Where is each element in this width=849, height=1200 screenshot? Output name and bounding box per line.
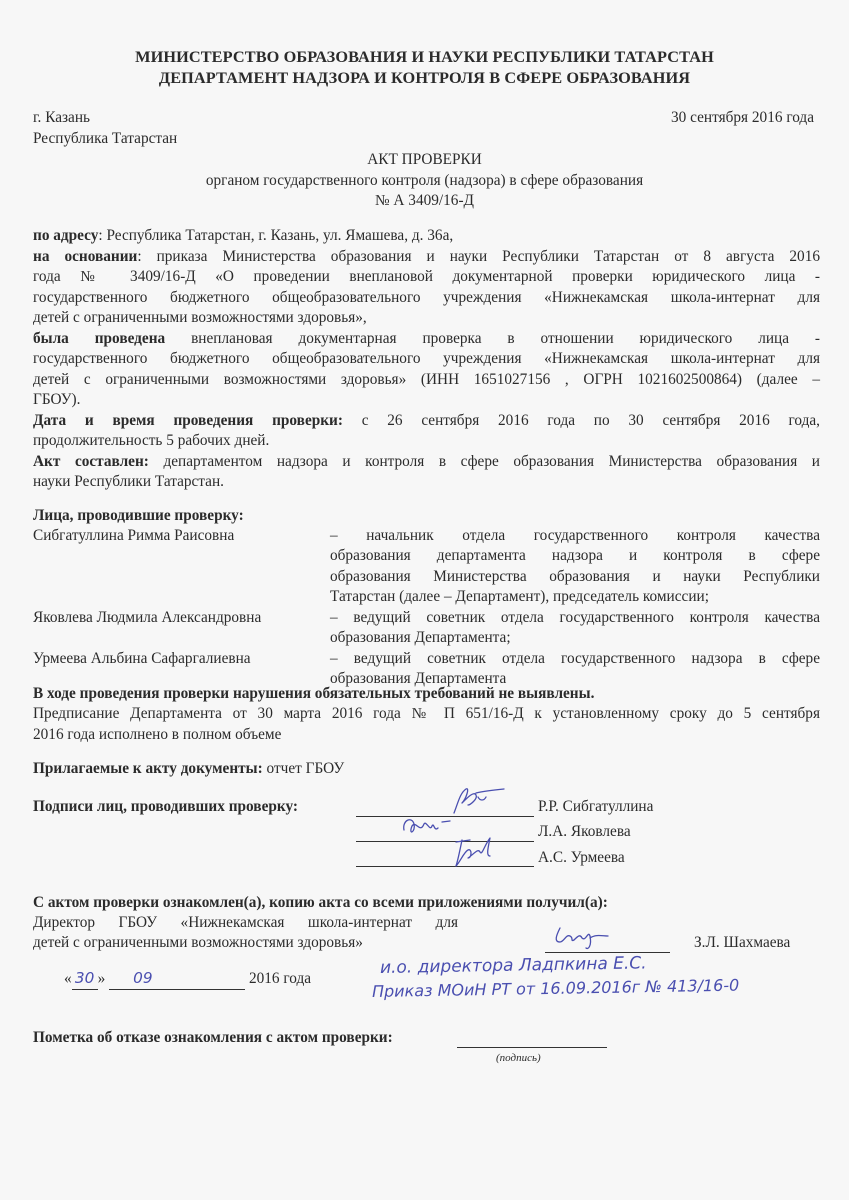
datetime-label: Дата и время проведения проверки:: [33, 412, 343, 429]
conducted-line-3: детей с ограниченными возможностями здор…: [33, 370, 820, 391]
inspector-name: Сибгатуллина Римма Раисовна: [33, 526, 234, 547]
document-date: 30 сентября 2016 года: [671, 108, 814, 129]
compiled-text: департаментом надзора и контроля в сфере…: [149, 453, 820, 470]
basis-line-3: государственного бюджетного общеобразова…: [33, 288, 820, 309]
inspector-role-line: образования департамента надзора и контр…: [330, 546, 820, 567]
prescription-line-2: 2016 года исполнено в полном объеме: [33, 725, 820, 746]
address-line: по адресу: Республика Татарстан, г. Каза…: [33, 226, 820, 247]
inspector-role-line: Татарстан (далее – Департамент), председ…: [330, 587, 820, 608]
recipient-name: З.Л. Шахмаева: [694, 933, 790, 954]
conducted-label: была проведена: [33, 330, 165, 347]
received-date: «30» 09 2016 года: [64, 968, 311, 990]
ministry-heading: МИНИСТЕРСТВО ОБРАЗОВАНИЯ И НАУКИ РЕСПУБЛ…: [0, 47, 849, 68]
conducted-text: внеплановая документарная проверка в отн…: [165, 330, 820, 347]
basis-line-4: детей с ограниченными возможностями здор…: [33, 308, 820, 329]
recipient-line-2: детей с ограниченными возможностями здор…: [33, 933, 363, 954]
inspector-role-line: образования Министерства образования и н…: [330, 567, 820, 588]
inspector-name: Урмеева Альбина Сафаргалиевна: [33, 649, 251, 670]
finding-statement: В ходе проведения проверки нарушения обя…: [33, 684, 594, 705]
inspector-role-line: образования Департамента;: [330, 628, 820, 649]
department-heading: ДЕПАРТАМЕНТ НАДЗОРА И КОНТРОЛЯ В СФЕРЕ О…: [0, 68, 849, 89]
quote-close: »: [98, 970, 106, 987]
received-day: 30: [72, 968, 98, 990]
basis-label: на основании: [33, 248, 137, 265]
quote-open: «: [64, 970, 72, 987]
document-number: № А 3409/16-Д: [0, 191, 849, 212]
basis-line-2: года № 3409/16-Д «О проведении внепланов…: [33, 267, 820, 288]
received-year: 2016 года: [249, 970, 311, 987]
document-page: МИНИСТЕРСТВО ОБРАЗОВАНИЯ И НАУКИ РЕСПУБЛ…: [0, 0, 849, 1200]
basis-text: : приказа Министерства образования и нау…: [137, 248, 820, 265]
refusal-label: Пометка об отказе ознакомления с актом п…: [33, 1028, 393, 1049]
datetime-line-2: продолжительность 5 рабочих дней.: [33, 431, 820, 452]
conducted-line-4: ГБОУ).: [33, 390, 820, 411]
inspector-role-line: – ведущий советник отдела государственно…: [330, 608, 820, 629]
signer-name-2: Л.А. Яковлева: [538, 822, 631, 843]
inspector-role-line: – ведущий советник отдела государственно…: [330, 649, 820, 670]
compiled-line-2: науки Республики Татарстан.: [33, 472, 820, 493]
refusal-signature-line: [457, 1029, 607, 1048]
basis-line-1: на основании: приказа Министерства образ…: [33, 247, 820, 268]
prescription-line-1: Предписание Департамента от 30 марта 201…: [33, 704, 820, 725]
address-label: по адресу: [33, 227, 98, 244]
compiled-line-1: Акт составлен: департаментом надзора и к…: [33, 452, 820, 473]
signer-name-3: А.С. Урмеева: [538, 848, 625, 869]
document-title: АКТ ПРОВЕРКИ: [0, 150, 849, 171]
signer-name-1: Р.Р. Сибгатуллина: [538, 797, 653, 818]
inspectors-heading: Лица, проводившие проверку:: [33, 506, 244, 527]
document-subtitle: органом государственного контроля (надзо…: [0, 171, 849, 192]
attachments-label: Прилагаемые к акту документы:: [33, 760, 263, 777]
region: Республика Татарстан: [33, 129, 177, 150]
datetime-text: с 26 сентября 2016 года по 30 сентября 2…: [343, 412, 820, 429]
inspector-name: Яковлева Людмила Александровна: [33, 608, 261, 629]
conducted-line-2: государственного бюджетного общеобразова…: [33, 349, 820, 370]
received-month: 09: [109, 968, 245, 990]
handwritten-note-line-2: Приказ МОиН РТ от 16.09.2016г № 413/16-0: [372, 976, 740, 1003]
inspector-role-line: – начальник отдела государственного конт…: [330, 526, 820, 547]
handwritten-note-line-1: и.о. директора Ладпкина Е.С.: [380, 953, 647, 978]
acknowledgement-label: С актом проверки ознакомлен(а), копию ак…: [33, 893, 608, 914]
recipient-signature-mark: [552, 922, 622, 952]
signatures-label: Подписи лиц, проводивших проверку:: [33, 797, 298, 818]
attachments-line: Прилагаемые к акту документы: отчет ГБОУ: [33, 759, 344, 780]
city: г. Казань: [33, 108, 90, 129]
attachments-value: отчет ГБОУ: [263, 760, 345, 777]
compiled-label: Акт составлен:: [33, 453, 149, 470]
refusal-signature-caption: (подпись): [496, 1048, 541, 1069]
conducted-line-1: была проведена внеплановая документарная…: [33, 329, 820, 350]
address-text: : Республика Татарстан, г. Казань, ул. Я…: [98, 227, 453, 244]
signature-mark-3: [450, 836, 510, 872]
recipient-line-1: Директор ГБОУ «Нижнекамская школа-интерн…: [33, 913, 458, 934]
datetime-line-1: Дата и время проведения проверки: с 26 с…: [33, 411, 820, 432]
